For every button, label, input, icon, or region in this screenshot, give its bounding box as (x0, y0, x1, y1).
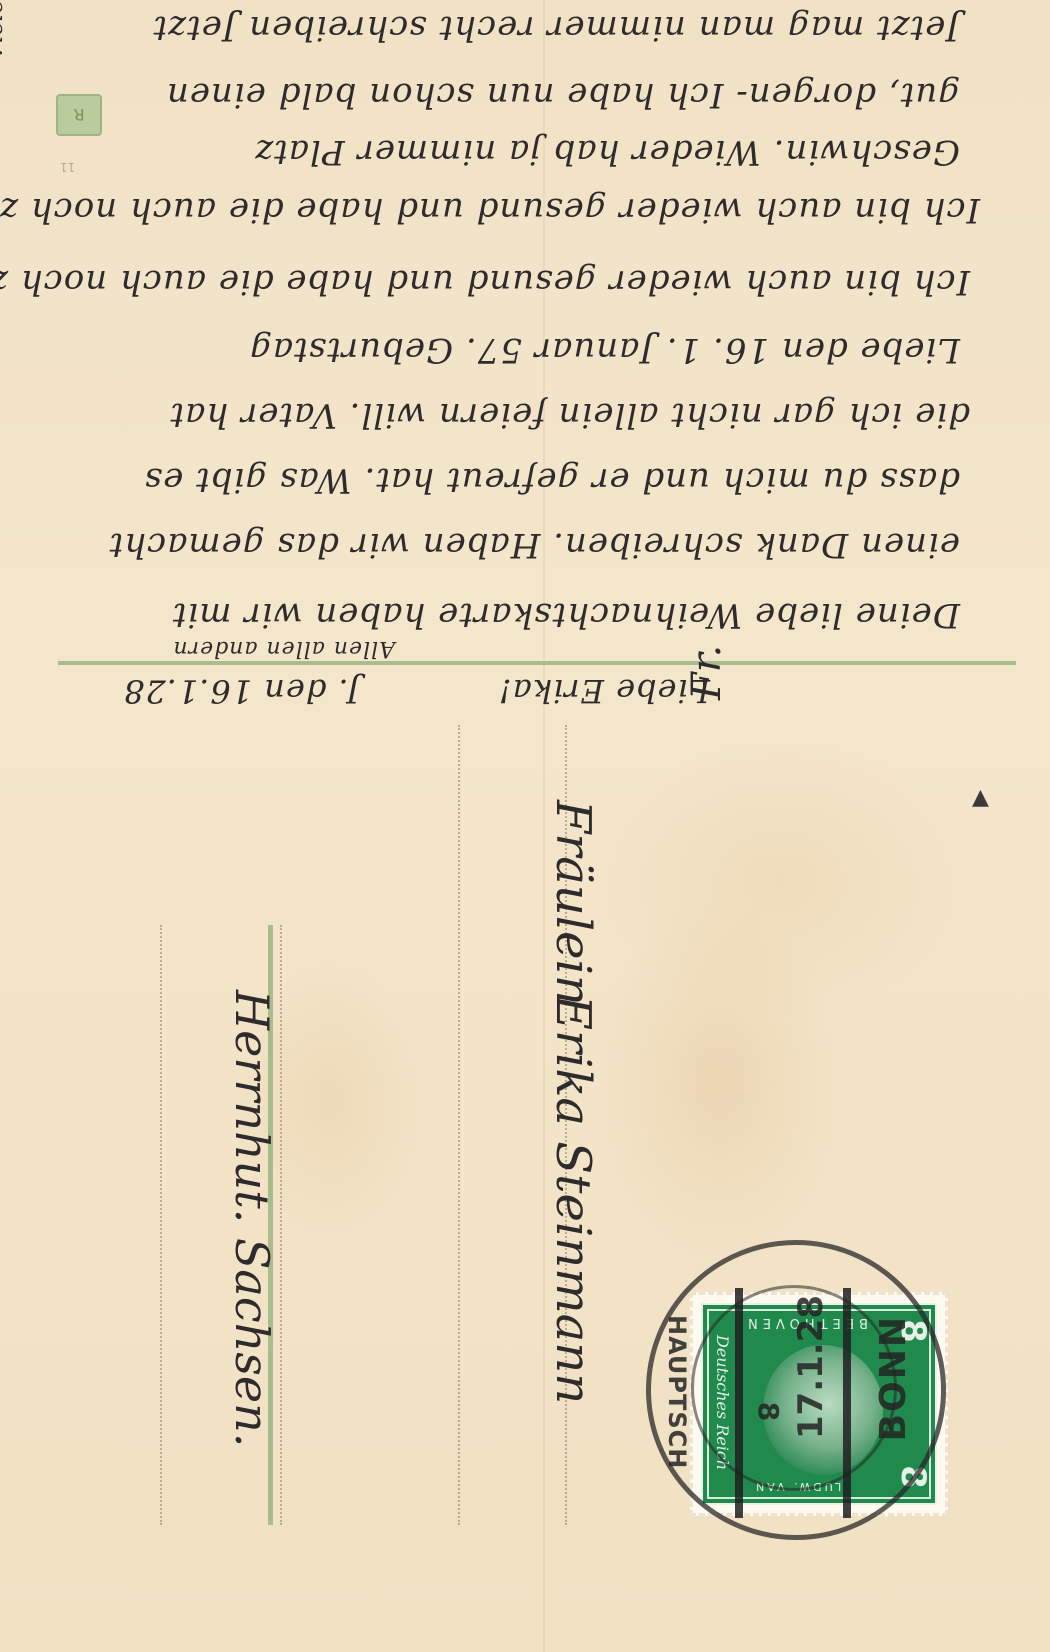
message-line: Liebe den 16. 1. Januar 57. Geburtstag (60, 330, 960, 370)
address-prefix: Fr. (684, 620, 730, 700)
address-name-line-2: Erika Steinmann (545, 995, 601, 1275)
message-line: Jetzt mag man nimmer recht schreiben Jet… (60, 8, 960, 48)
postcard-back: Jetzt mag man nimmer recht schreiben Jet… (0, 0, 1050, 1652)
message-line: gut, dorgen- Ich habe nun schon bald ein… (90, 75, 960, 115)
greeting-note: Allen allen andern (55, 636, 395, 661)
address-name-line-1: Fräulein (545, 800, 601, 960)
postmark: BONN HAUPTSCH 17.1.28 8 (646, 1240, 946, 1540)
side-note: Viele Grüße hoffe ich auch Deine Erika (0, 0, 8, 60)
cancel-bar (735, 1288, 743, 1518)
message-line: die ich gar nicht allein feiern will. Va… (50, 395, 970, 435)
address-dotted-line (458, 725, 460, 1525)
message-line: Ich bin auch wieder gesund und habe die … (40, 262, 970, 302)
postmark-date: 17.1.28 (791, 1295, 831, 1439)
date-line: J. den 16.1.28 (80, 672, 360, 710)
cancel-bar (843, 1288, 851, 1518)
address-dotted-line (160, 925, 162, 1525)
message-line: Deine liebe Weihnachtskarte haben wir mi… (30, 595, 960, 635)
address-street-line: Herrnhut. Sachsen. (225, 990, 279, 1390)
divider-rule (58, 661, 1016, 665)
postmark-hour: 8 (752, 1402, 785, 1421)
postmark-town: BONN (873, 1315, 914, 1441)
message-line: einen Dank schreiben. Haben wir das gema… (80, 525, 960, 565)
message-line: Ich bin auch wieder gesund und habe die … (100, 190, 980, 230)
message-line: Geschwin. Wieder hab ja nimmer Platz (230, 132, 960, 172)
message-line: dass du mich und er gefreut hat. Was gib… (60, 460, 960, 500)
postmark-ring-text: HAUPTSCH (663, 1315, 691, 1469)
address-dotted-line (280, 925, 282, 1525)
publisher-number: 11 (60, 160, 75, 174)
ink-smudge: ▲ (972, 785, 989, 810)
publisher-logo-icon: R (56, 94, 102, 136)
salutation: Liebe Erika! (480, 672, 710, 710)
